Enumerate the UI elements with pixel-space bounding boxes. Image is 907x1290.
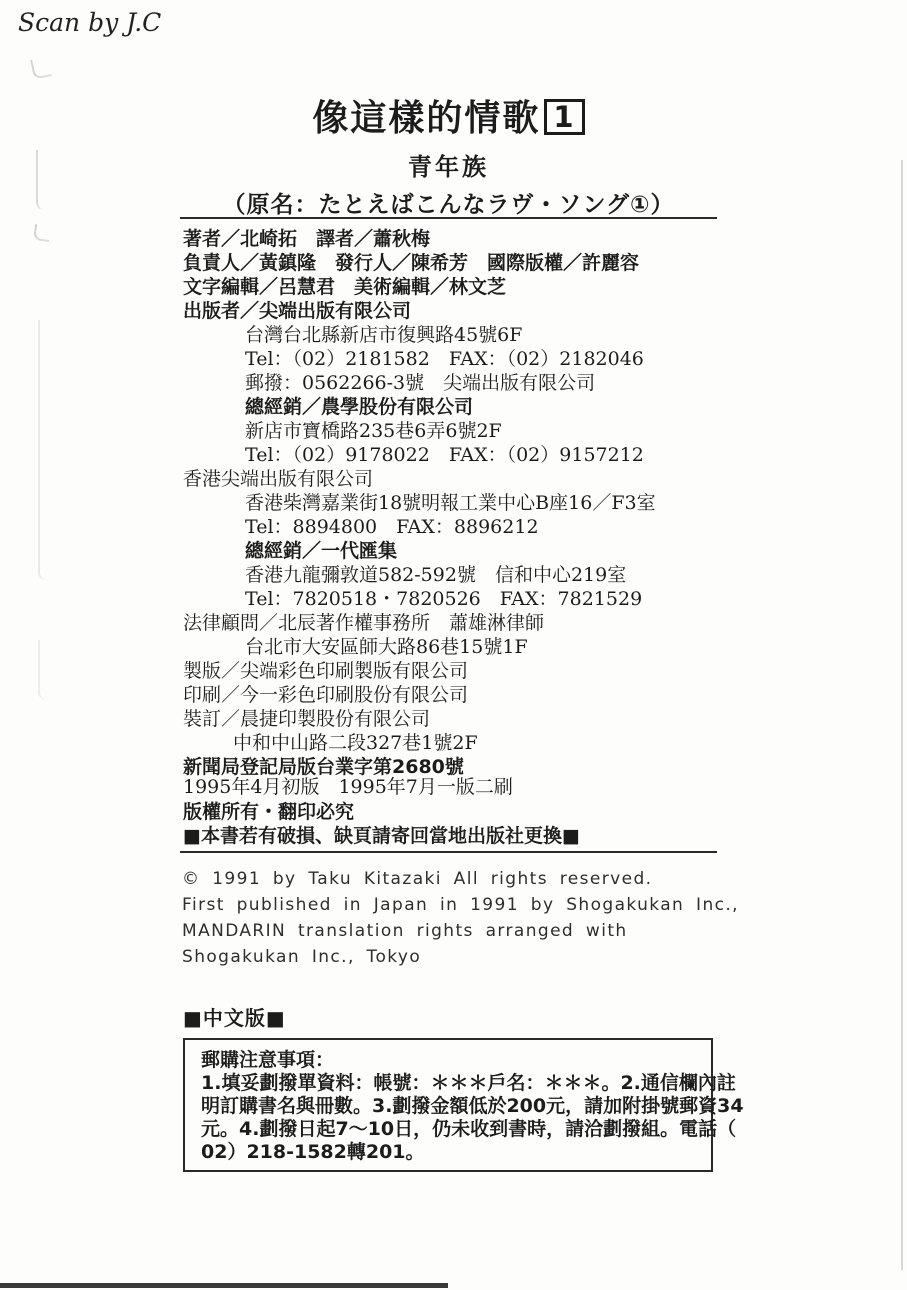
rights-line: 版權所有・翻印必究: [183, 800, 580, 824]
mail-order-line: 02）218-1582轉201。: [201, 1141, 697, 1164]
binding-mark-artifact: [30, 56, 52, 79]
divider-top: [180, 217, 717, 219]
binding-mark-artifact: [38, 320, 46, 580]
binding-mark-artifact: [36, 150, 48, 210]
colophon-line: 法律顧問／北辰著作權事務所 蕭雄淋律師: [183, 611, 728, 635]
colophon-line: 香港柴灣嘉業街18號明報工業中心B座16／F3室: [183, 491, 728, 515]
mail-order-line: 元。4.劃撥日起7～10日，仍未收到書時，請洽劃撥組。電話（: [201, 1118, 697, 1141]
scanned-colophon-page: Scan by J.C 像這樣的情歌1 青年族 （原名：たとえばこんなラヴ・ソン…: [0, 0, 907, 1290]
english-copyright-line: Shogakukan Inc., Tokyo: [182, 944, 727, 970]
colophon-line: 著者／北崎拓 譯者／蕭秋梅: [183, 227, 728, 251]
book-title: 像這樣的情歌1: [180, 96, 717, 142]
book-title-text: 像這樣的情歌: [312, 98, 540, 139]
colophon-line: 新店市寶橋路235巷6弄6號2F: [183, 419, 728, 443]
colophon-line: 製版／尖端彩色印刷製版有限公司: [183, 659, 728, 683]
english-copyright-block: © 1991 by Taku Kitazaki All rights reser…: [182, 866, 727, 970]
colophon-line: 出版者／尖端出版有限公司: [183, 299, 728, 323]
colophon-block: 著者／北崎拓 譯者／蕭秋梅 負責人／黃鎮隆 發行人／陳希芳 國際版權／許麗容 文…: [183, 227, 728, 779]
english-copyright-line: © 1991 by Taku Kitazaki All rights reser…: [182, 866, 727, 892]
colophon-line: 中和中山路二段327巷1號2F: [183, 731, 728, 755]
scan-bottom-bar-artifact: [0, 1283, 448, 1288]
colophon-line: 負責人／黃鎮隆 發行人／陳希芳 國際版權／許麗容: [183, 251, 728, 275]
scan-credit: Scan by J.C: [18, 8, 161, 37]
colophon-line: 台北市大安區師大路86巷15號1F: [183, 635, 728, 659]
colophon-line: 總經銷／農學股份有限公司: [183, 395, 728, 419]
colophon-line: 郵撥：0562266-3號 尖端出版有限公司: [183, 371, 728, 395]
colophon-line: Tel：7820518・7820526 FAX：7821529: [183, 587, 728, 611]
colophon-line: Tel：（02）9178022 FAX：（02）9157212: [183, 443, 728, 467]
english-copyright-line: First published in Japan in 1991 by Shog…: [182, 892, 727, 918]
colophon-line: 裝訂／晨捷印製股份有限公司: [183, 707, 728, 731]
edition-dates: 1995年4月初版 1995年7月一版二刷: [183, 772, 513, 799]
binding-mark-artifact: [33, 224, 51, 242]
colophon-line: 總經銷／一代匯集: [183, 539, 728, 563]
rights-notice: 版權所有・翻印必究 ■本書若有破損、缺頁請寄回當地出版社更換■: [183, 800, 580, 848]
scan-edge-artifact: [901, 160, 903, 1270]
english-copyright-line: MANDARIN translation rights arranged wit…: [182, 918, 727, 944]
mail-order-title: 郵購注意事項：: [201, 1049, 697, 1072]
binding-mark-artifact: [38, 640, 46, 700]
volume-number-box: 1: [544, 99, 584, 135]
colophon-line: Tel：8894800 FAX：8896212: [183, 515, 728, 539]
mail-order-line: 明訂購書名與冊數。3.劃撥金額低於200元，請加附掛號郵資34: [201, 1095, 697, 1118]
chinese-edition-mark: ■中文版■: [183, 1002, 286, 1031]
colophon-line: 台灣台北縣新店市復興路45號6F: [183, 323, 728, 347]
colophon-line: 香港九龍彌敦道582-592號 信和中心219室: [183, 563, 728, 587]
series-label: 青年族: [180, 147, 717, 182]
mail-order-line: 1.填妥劃撥單資料：帳號：＊＊＊戶名：＊＊＊。2.通信欄內註: [201, 1072, 697, 1095]
colophon-line: 文字編輯／呂慧君 美術編輯／林文芝: [183, 275, 728, 299]
mail-order-notice-box: 郵購注意事項： 1.填妥劃撥單資料：帳號：＊＊＊戶名：＊＊＊。2.通信欄內註 明…: [183, 1038, 713, 1172]
original-title: （原名：たとえばこんなラヴ・ソング①）: [180, 186, 717, 219]
book-header: 像這樣的情歌1 青年族 （原名：たとえばこんなラヴ・ソング①）: [180, 96, 717, 219]
colophon-line: Tel：（02）2181582 FAX：（02）2182046: [183, 347, 728, 371]
divider-bottom: [180, 851, 717, 853]
damaged-copy-notice: ■本書若有破損、缺頁請寄回當地出版社更換■: [183, 824, 580, 848]
colophon-line: 印刷／今一彩色印刷股份有限公司: [183, 683, 728, 707]
colophon-line: 香港尖端出版有限公司: [183, 467, 728, 491]
